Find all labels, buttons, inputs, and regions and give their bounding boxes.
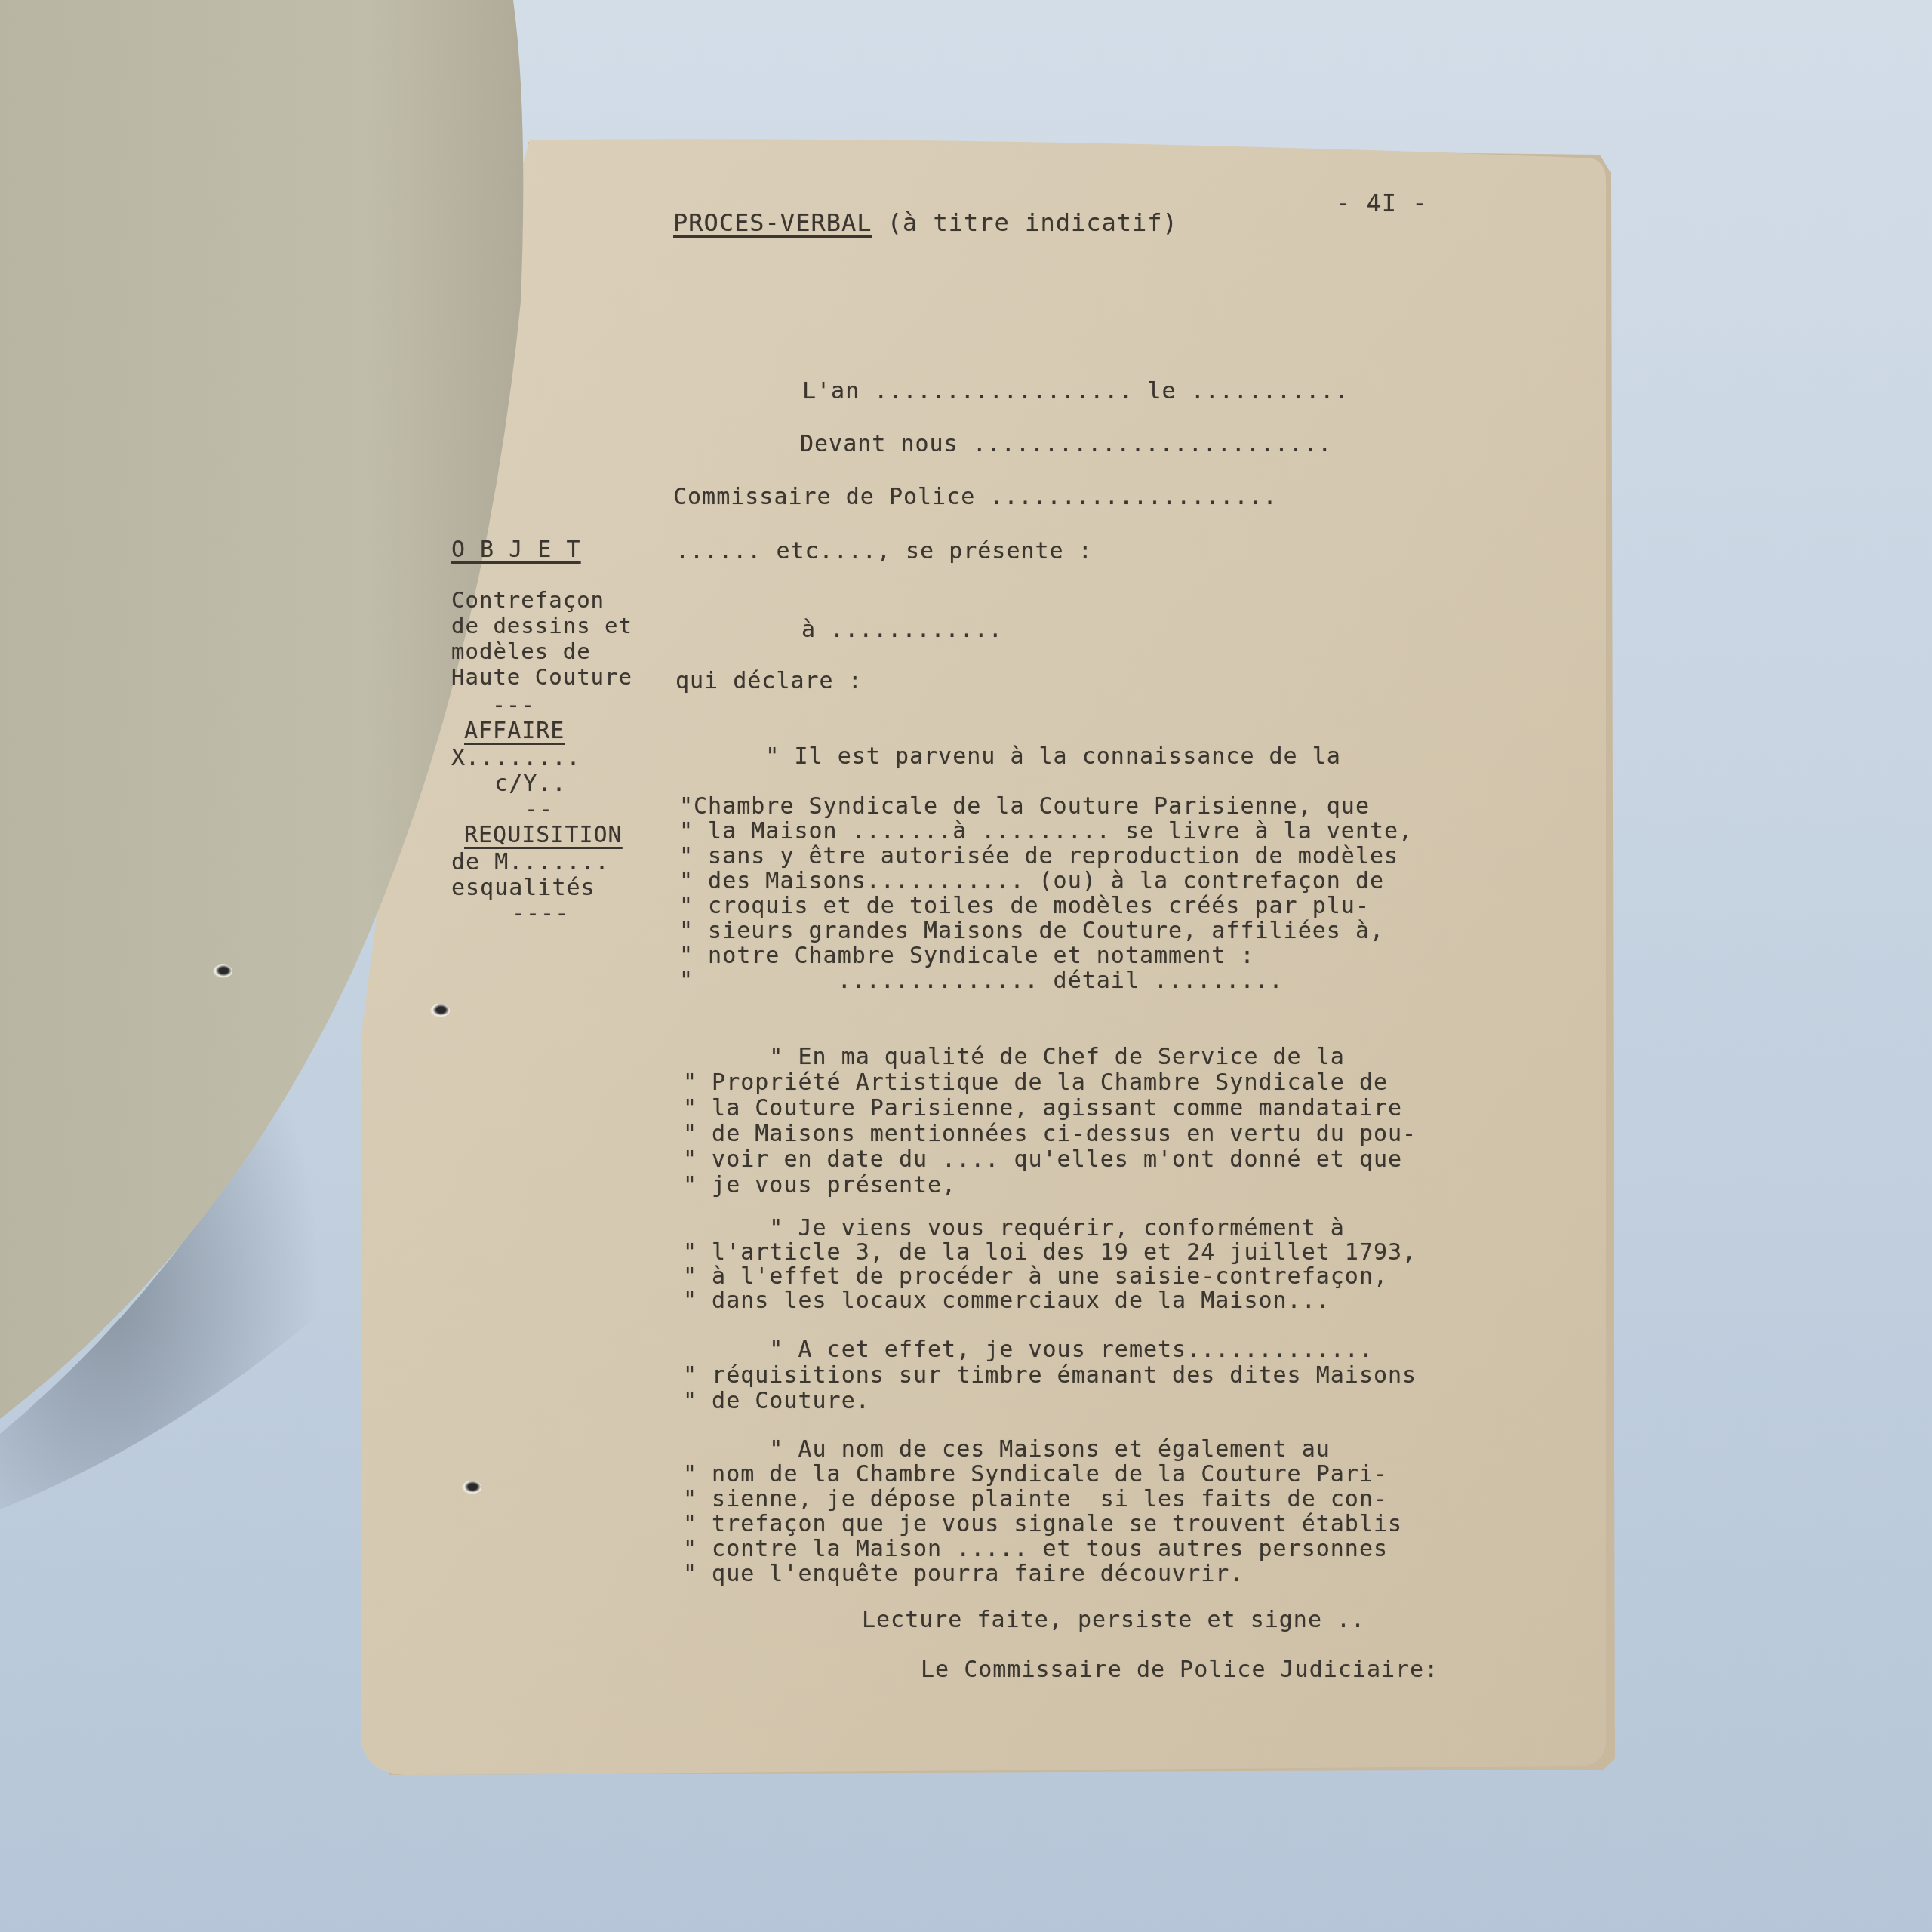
header-line-presente: ...... etc...., se présente : <box>675 539 1093 565</box>
sidebar-requisition: de M.......esqualités <box>451 850 610 901</box>
paragraph-qualite: " En ma qualité de Chef de Service de la… <box>683 1044 1417 1198</box>
paragraph-plainte: " Au nom de ces Maisons et également au"… <box>683 1437 1402 1586</box>
a-line: à ............ <box>801 617 1003 643</box>
document-title-note: (à titre indicatif) <box>888 208 1178 237</box>
page-number: - 4I - <box>1336 190 1428 216</box>
signature-line: Le Commissaire de Police Judiciaire: <box>921 1657 1438 1683</box>
sidebar-requisition-heading: REQUISITION <box>464 823 623 848</box>
document-title-row: PROCES-VERBAL (à titre indicatif) <box>673 210 1178 235</box>
sidebar-affaire: X........ c/Y.. <box>451 746 581 797</box>
paragraph-requerir: " Je viens vous requérir, conformément à… <box>683 1217 1417 1313</box>
sidebar-separator: --- <box>492 693 535 718</box>
paragraph-parvenu: " Il est parvenu à la connaissance de la… <box>679 744 1413 993</box>
sidebar-affaire-heading: AFFAIRE <box>464 718 565 744</box>
photo-scene: PROCES-VERBAL (à titre indicatif) - 4I -… <box>0 0 1932 1932</box>
header-line-year: L'an .................. le ........... <box>802 379 1349 405</box>
header-line-devant: Devant nous ......................... <box>800 432 1332 457</box>
sidebar-objet-heading: O B J E T <box>451 537 581 563</box>
closing-line: Lecture faite, persiste et signe .. <box>862 1607 1365 1633</box>
sidebar-separator: -- <box>525 797 553 823</box>
punch-hole <box>213 964 232 978</box>
sidebar-separator: ---- <box>512 901 569 927</box>
punch-hole <box>462 1481 481 1494</box>
paragraph-remets: " A cet effet, je vous remets...........… <box>683 1337 1417 1414</box>
header-line-commissaire: Commissaire de Police ..................… <box>673 485 1278 510</box>
qui-declare: qui déclare : <box>675 669 863 694</box>
punch-hole <box>430 1004 450 1017</box>
document-title: PROCES-VERBAL <box>673 208 872 237</box>
sidebar-object: Contrefaçonde dessins etmodèles deHaute … <box>451 587 632 690</box>
